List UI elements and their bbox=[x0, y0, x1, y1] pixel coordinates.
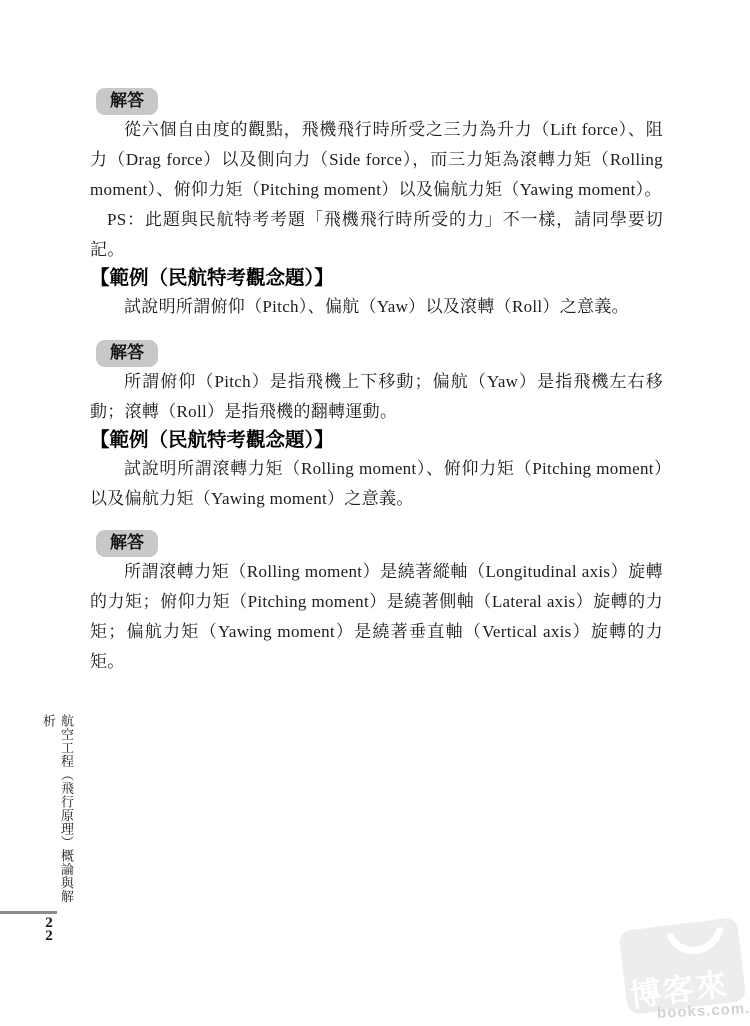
ps-note: PS：此題與民航特考考題「飛機飛行時所受的力」不一樣，請同學要切記。 bbox=[90, 205, 663, 265]
bag-handle-icon bbox=[667, 927, 726, 962]
example-question-2: 試說明所謂滾轉力矩（Rolling moment）、俯仰力矩（Pitching … bbox=[90, 454, 663, 514]
page-number: 2 2 bbox=[40, 917, 58, 943]
book-page: 解答 從六個自由度的觀點，飛機飛行時所受之三力為升力（Lift force）、阻… bbox=[0, 0, 750, 1026]
page-content: 解答 從六個自由度的觀點，飛機飛行時所受之三力為升力（Lift force）、阻… bbox=[90, 88, 663, 677]
answer-badge-1: 解答 bbox=[96, 88, 158, 115]
book-spine-title: 航空工程（飛行原理）概論與解析 bbox=[39, 714, 75, 914]
page-number-digit: 2 bbox=[40, 930, 58, 943]
example-question-1: 試說明所謂俯仰（Pitch）、偏航（Yaw）以及滾轉（Roll）之意義。 bbox=[90, 292, 663, 322]
example-heading-2: 【範例（民航特考觀念題）】 bbox=[90, 427, 663, 454]
page-number-divider bbox=[0, 911, 57, 914]
shopping-bag-logo: 博客來 bbox=[618, 917, 746, 1015]
watermark-url-text: books.com.tw bbox=[657, 999, 750, 1022]
answer-paragraph-3: 所謂滾轉力矩（Rolling moment）是繞著縱軸（Longitudinal… bbox=[90, 557, 663, 677]
answer-badge-2: 解答 bbox=[96, 340, 158, 367]
answer-badge-3: 解答 bbox=[96, 530, 158, 557]
watermark-logo-text: 博客來 bbox=[627, 957, 743, 1015]
answer-paragraph-1: 從六個自由度的觀點，飛機飛行時所受之三力為升力（Lift force）、阻力（D… bbox=[90, 115, 663, 205]
answer-paragraph-2: 所謂俯仰（Pitch）是指飛機上下移動；偏航（Yaw）是指飛機左右移動；滾轉（R… bbox=[90, 367, 663, 427]
example-heading-1: 【範例（民航特考觀念題）】 bbox=[90, 265, 663, 292]
